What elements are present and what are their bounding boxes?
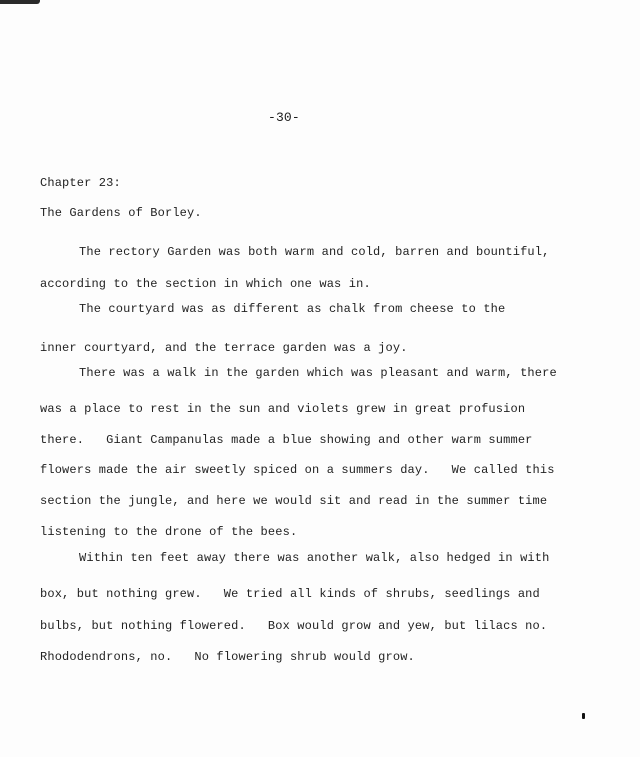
text-line: There was a walk in the garden which was…	[79, 366, 557, 380]
text-line: box, but nothing grew. We tried all kind…	[40, 587, 540, 601]
text-line: Rhododendrons, no. No flowering shrub wo…	[40, 650, 415, 664]
page-number: -30-	[268, 110, 300, 125]
typewritten-page: -30- Chapter 23: The Gardens of Borley. …	[0, 0, 640, 757]
text-line: section the jungle, and here we would si…	[40, 494, 547, 508]
text-line: listening to the drone of the bees.	[40, 525, 297, 539]
text-line: according to the section in which one wa…	[40, 277, 371, 291]
text-line: The courtyard was as different as chalk …	[79, 302, 505, 316]
text-line: Within ten feet away there was another w…	[79, 551, 549, 565]
text-line: was a place to rest in the sun and viole…	[40, 402, 525, 416]
text-line: there. Giant Campanulas made a blue show…	[40, 433, 533, 447]
text-line: inner courtyard, and the terrace garden …	[40, 341, 408, 355]
chapter-title: The Gardens of Borley.	[40, 206, 202, 220]
text-line: flowers made the air sweetly spiced on a…	[40, 463, 555, 477]
text-line: bulbs, but nothing flowered. Box would g…	[40, 619, 547, 633]
chapter-heading: Chapter 23:	[40, 176, 121, 190]
text-line: The rectory Garden was both warm and col…	[79, 245, 549, 259]
